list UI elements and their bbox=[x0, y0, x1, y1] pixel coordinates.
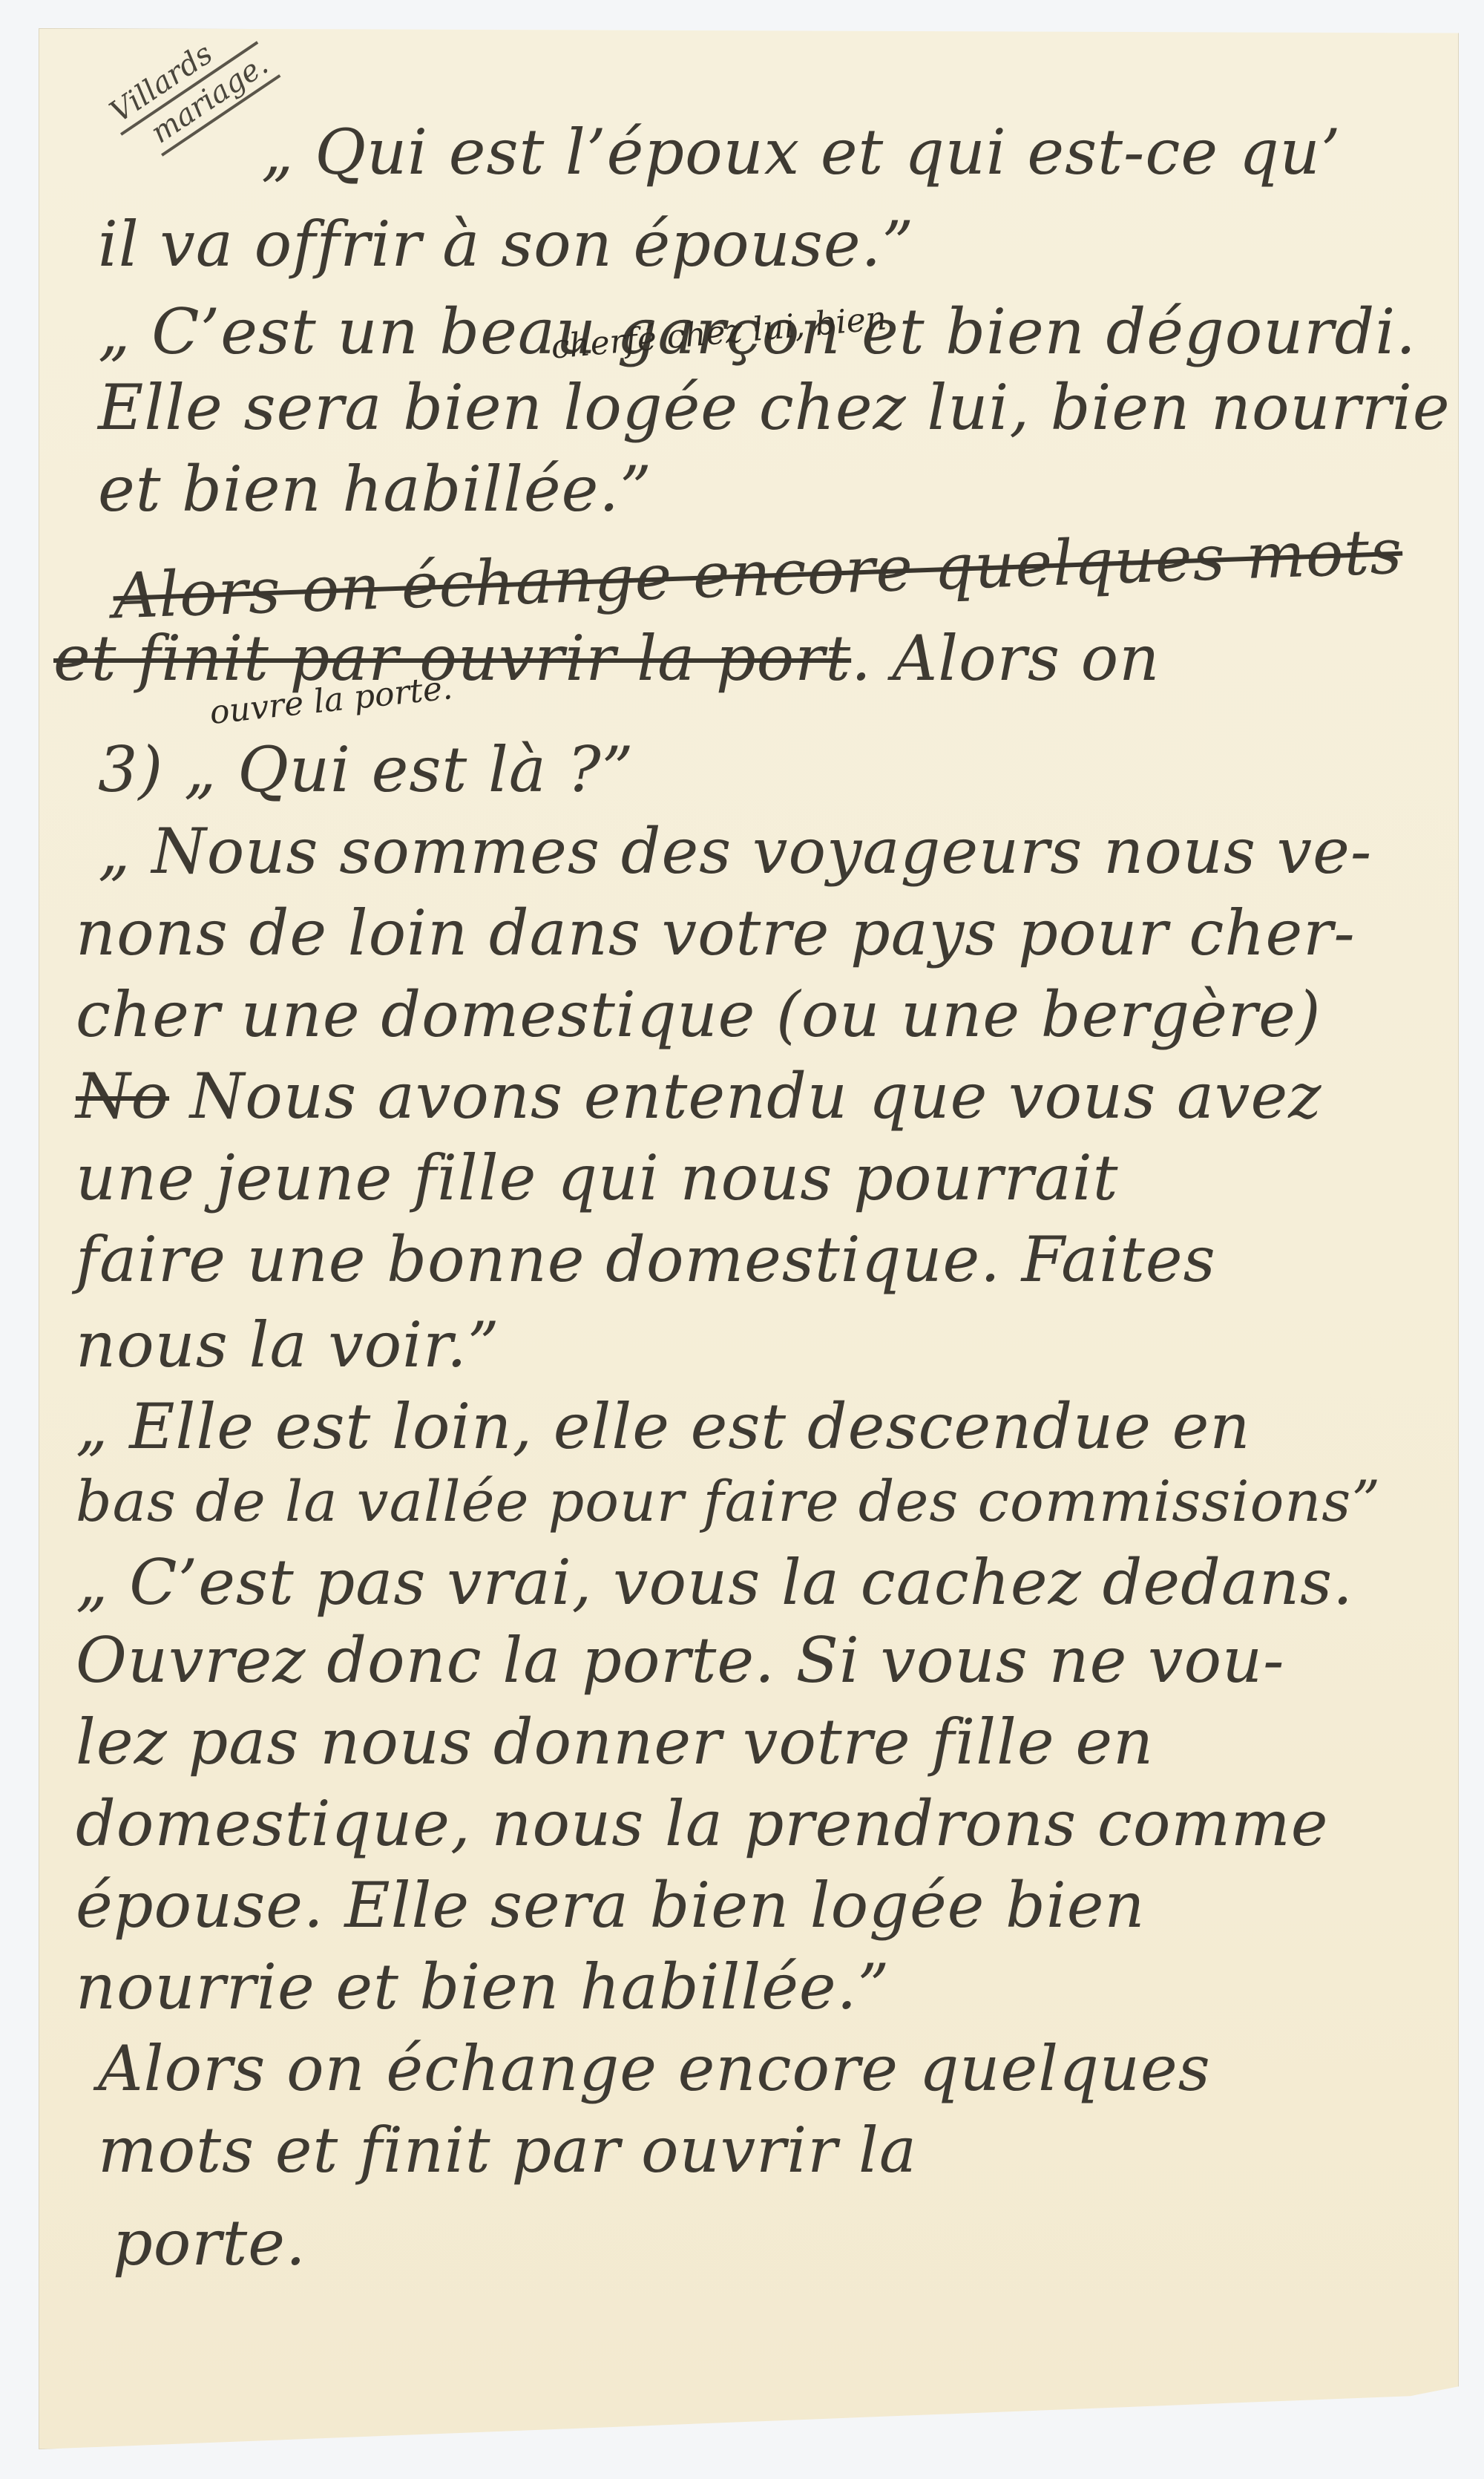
manuscript-line-19: Ouvrez donc la porte. Si vous ne vou- bbox=[76, 1624, 1285, 1697]
manuscript-line-1: „ Qui est l’époux et qui est-ce qu’ bbox=[261, 116, 1341, 189]
manuscript-page: Villards mariage. „ Qui est l’époux et q… bbox=[39, 28, 1459, 2449]
manuscript-line-17: bas de la vallée pour faire des commissi… bbox=[76, 1468, 1381, 1534]
manuscript-line-4: Elle sera bien logée chez lui, bien nour… bbox=[98, 371, 1451, 444]
manuscript-line-9: „ Nous sommes des voyageurs nous ve- bbox=[98, 815, 1372, 888]
margin-note: Villards mariage. bbox=[99, 10, 280, 168]
manuscript-line-23: nourrie et bien habillée.” bbox=[76, 1951, 890, 2023]
manuscript-line-10: nons de loin dans votre pays pour cher- bbox=[76, 897, 1356, 969]
manuscript-line-21: domestique, nous la prendrons comme bbox=[76, 1787, 1328, 1860]
manuscript-line-13: une jeune fille qui nous pourrait bbox=[76, 1142, 1119, 1214]
struck-text: et finit par ouvrir la port bbox=[53, 622, 851, 695]
manuscript-line-22: épouse. Elle sera bien logée bien bbox=[76, 1869, 1146, 1942]
manuscript-line-8: 3) „ Qui est là ?” bbox=[98, 733, 634, 806]
manuscript-line-12: No Nous avons entendu que vous avez bbox=[76, 1060, 1322, 1133]
manuscript-line-26: porte. bbox=[113, 2207, 306, 2279]
manuscript-line-15: nous la voir.” bbox=[76, 1309, 500, 1381]
manuscript-line-11: cher une domestique (ou une bergère) bbox=[76, 978, 1322, 1051]
manuscript-line-14: faire une bonne domestique. Faites bbox=[76, 1223, 1216, 1296]
manuscript-line-25: mots et finit par ouvrir la bbox=[98, 2114, 917, 2187]
line-7-suffix: . Alors on bbox=[851, 622, 1160, 695]
line-12-text: Nous avons entendu que vous avez bbox=[190, 1060, 1322, 1133]
manuscript-line-16: „ Elle est loin, elle est descendue en bbox=[76, 1390, 1250, 1463]
manuscript-line-7: et finit par ouvrir la port. Alors on bbox=[53, 622, 1160, 695]
manuscript-line-6-struck: Alors on échange encore quelques mots bbox=[112, 515, 1404, 633]
manuscript-line-18: „ C’est pas vrai, vous la cachez dedans. bbox=[76, 1546, 1353, 1619]
manuscript-line-20: lez pas nous donner votre fille en bbox=[76, 1706, 1154, 1778]
manuscript-line-24: Alors on échange encore quelques bbox=[98, 2032, 1211, 2105]
manuscript-line-5: et bien habillée.” bbox=[98, 453, 652, 525]
manuscript-line-2: il va offrir à son épouse.” bbox=[98, 208, 914, 281]
struck-prefix: No bbox=[76, 1060, 169, 1133]
